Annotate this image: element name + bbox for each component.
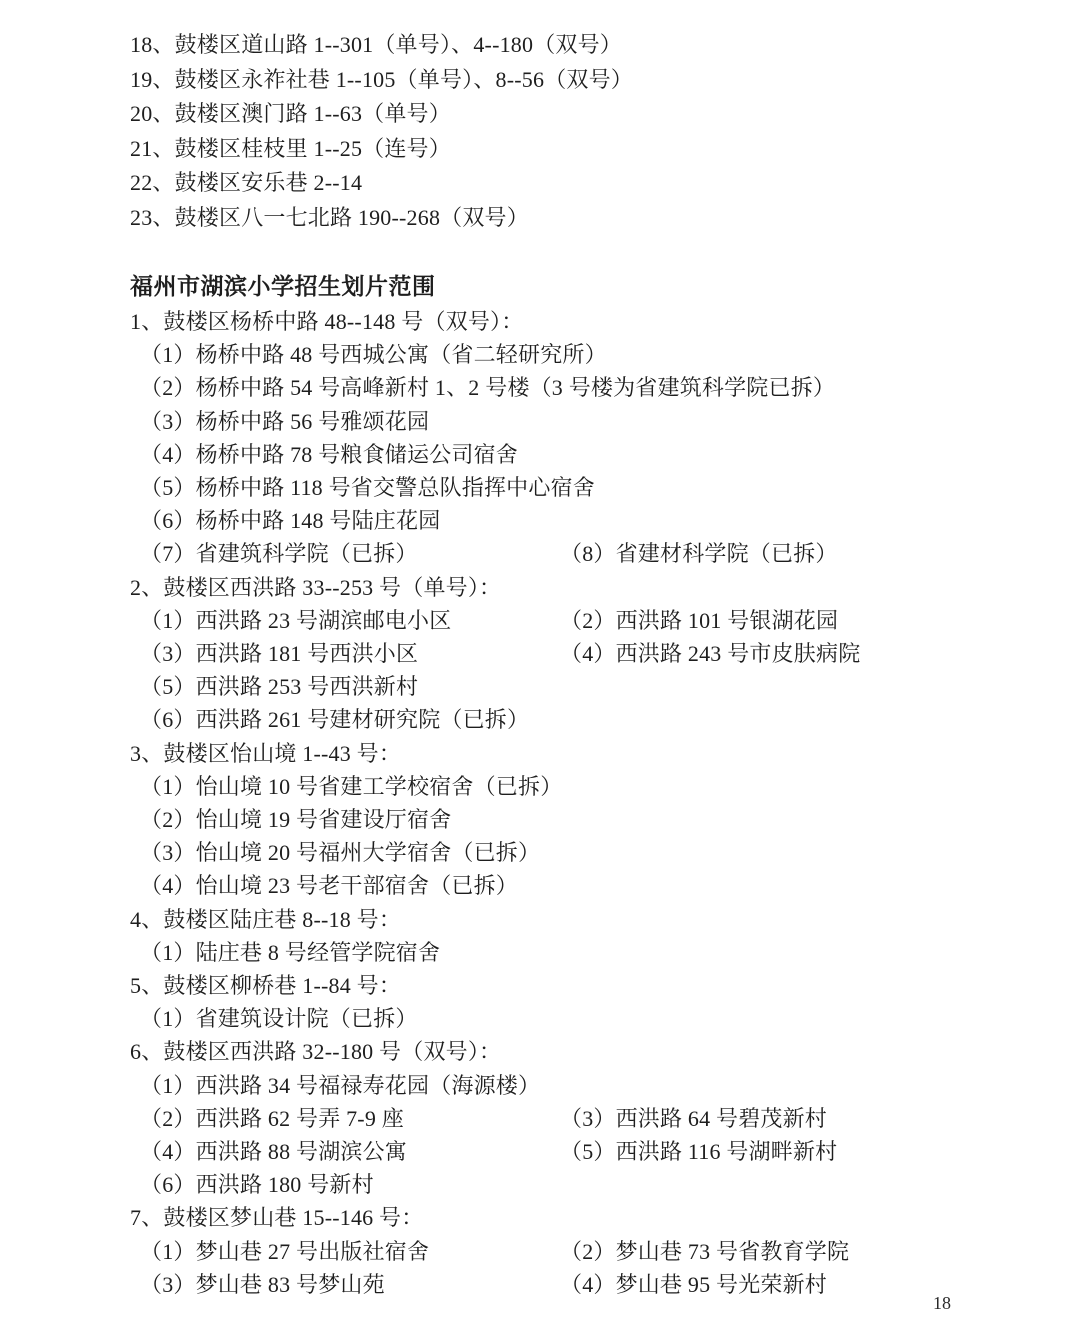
body-sub-line: （2）杨桥中路 54 号高峰新村 1、2 号楼（3 号楼为省建筑科学院已拆） <box>130 371 1000 404</box>
body-sub-line: （6）西洪路 261 号建材研究院（已拆） <box>130 703 1000 736</box>
body-sub-line: （1）西洪路 23 号湖滨邮电小区（2）西洪路 101 号银湖花园 <box>130 604 1000 637</box>
body-item-line: 1、鼓楼区杨桥中路 48--148 号（双号）： <box>130 305 1000 338</box>
body-sub-line: （7）省建筑科学院（已拆）（8）省建材科学院（已拆） <box>130 537 1000 570</box>
body-line-col2: （2）梦山巷 73 号省教育学院 <box>560 1239 849 1264</box>
body-sub-line: （1）杨桥中路 48 号西城公寓（省二轻研究所） <box>130 338 1000 371</box>
intro-line: 18、鼓楼区道山路 1--301（单号）、4--180（双号） <box>130 28 1000 63</box>
body-sub-line: （1）梦山巷 27 号出版社宿舍（2）梦山巷 73 号省教育学院 <box>130 1235 1000 1268</box>
body-line-col1: （2）杨桥中路 54 号高峰新村 1、2 号楼（3 号楼为省建筑科学院已拆） <box>140 375 835 400</box>
body-line-col1: 5、鼓楼区柳桥巷 1--84 号： <box>130 973 401 998</box>
document-page: 18、鼓楼区道山路 1--301（单号）、4--180（双号）19、鼓楼区永祚社… <box>130 28 1000 1301</box>
body-line-col1: 7、鼓楼区梦山巷 15--146 号： <box>130 1205 423 1230</box>
body-line-col1: （2）怡山境 19 号省建设厅宿舍 <box>140 807 451 832</box>
body-line-col2: （2）西洪路 101 号银湖花园 <box>560 608 838 633</box>
body-sub-line: （4）怡山境 23 号老干部宿舍（已拆） <box>130 869 1000 902</box>
body-line-col1: （3）梦山巷 83 号梦山苑 <box>140 1268 560 1301</box>
intro-list: 18、鼓楼区道山路 1--301（单号）、4--180（双号）19、鼓楼区永祚社… <box>130 28 1000 235</box>
body-sub-line: （1）怡山境 10 号省建工学校宿舍（已拆） <box>130 770 1000 803</box>
body-sub-line: （6）西洪路 180 号新村 <box>130 1168 1000 1201</box>
body-line-col1: （4）怡山境 23 号老干部宿舍（已拆） <box>140 873 518 898</box>
body-sub-line: （2）西洪路 62 号弄 7-9 座（3）西洪路 64 号碧茂新村 <box>130 1102 1000 1135</box>
body-sub-line: （5）杨桥中路 118 号省交警总队指挥中心宿舍 <box>130 471 1000 504</box>
body-sub-line: （3）梦山巷 83 号梦山苑（4）梦山巷 95 号光荣新村 <box>130 1268 1000 1301</box>
body-sub-line: （4）西洪路 88 号湖滨公寓（5）西洪路 116 号湖畔新村 <box>130 1135 1000 1168</box>
body-sub-line: （2）怡山境 19 号省建设厅宿舍 <box>130 803 1000 836</box>
body-sub-line: （1）西洪路 34 号福禄寿花园（海源楼） <box>130 1069 1000 1102</box>
section-heading: 福州市湖滨小学招生划片范围 <box>130 269 1000 305</box>
body-item-line: 3、鼓楼区怡山境 1--43 号： <box>130 737 1000 770</box>
body-line-col2: （3）西洪路 64 号碧茂新村 <box>560 1106 827 1131</box>
body-line-col2: （8）省建材科学院（已拆） <box>560 541 838 566</box>
intro-line: 23、鼓楼区八一七北路 190--268（双号） <box>130 201 1000 236</box>
body-line-col1: 4、鼓楼区陆庄巷 8--18 号： <box>130 907 401 932</box>
body-sub-line: （1）陆庄巷 8 号经管学院宿舍 <box>130 936 1000 969</box>
body-line-col1: （1）省建筑设计院（已拆） <box>140 1006 418 1031</box>
body-line-col2: （5）西洪路 116 号湖畔新村 <box>560 1139 837 1164</box>
body-line-col1: （1）怡山境 10 号省建工学校宿舍（已拆） <box>140 774 562 799</box>
body-item-line: 6、鼓楼区西洪路 32--180 号（双号）： <box>130 1035 1000 1068</box>
body-line-col1: （3）杨桥中路 56 号雅颂花园 <box>140 409 429 434</box>
body-line-col1: （5）西洪路 253 号西洪新村 <box>140 674 418 699</box>
body-line-col1: （2）西洪路 62 号弄 7-9 座 <box>140 1102 560 1135</box>
intro-line: 20、鼓楼区澳门路 1--63（单号） <box>130 97 1000 132</box>
body-line-col1: （1）西洪路 34 号福禄寿花园（海源楼） <box>140 1073 540 1098</box>
body-sub-line: （4）杨桥中路 78 号粮食储运公司宿舍 <box>130 438 1000 471</box>
body-line-col1: 2、鼓楼区西洪路 33--253 号（单号）： <box>130 575 501 600</box>
body-line-col1: （1）西洪路 23 号湖滨邮电小区 <box>140 604 560 637</box>
body-line-col1: （1）梦山巷 27 号出版社宿舍 <box>140 1235 560 1268</box>
body-item-line: 4、鼓楼区陆庄巷 8--18 号： <box>130 903 1000 936</box>
body-sub-line: （3）西洪路 181 号西洪小区（4）西洪路 243 号市皮肤病院 <box>130 637 1000 670</box>
body-line-col1: （3）西洪路 181 号西洪小区 <box>140 637 560 670</box>
body-line-col1: （5）杨桥中路 118 号省交警总队指挥中心宿舍 <box>140 475 595 500</box>
body-line-col1: （3）怡山境 20 号福州大学宿舍（已拆） <box>140 840 540 865</box>
body-line-col1: （6）西洪路 180 号新村 <box>140 1172 374 1197</box>
body-line-col1: （1）陆庄巷 8 号经管学院宿舍 <box>140 940 440 965</box>
body-sub-line: （6）杨桥中路 148 号陆庄花园 <box>130 504 1000 537</box>
body-lines: 1、鼓楼区杨桥中路 48--148 号（双号）：（1）杨桥中路 48 号西城公寓… <box>130 305 1000 1301</box>
body-item-line: 7、鼓楼区梦山巷 15--146 号： <box>130 1201 1000 1234</box>
body-item-line: 2、鼓楼区西洪路 33--253 号（单号）： <box>130 571 1000 604</box>
body-line-col1: （1）杨桥中路 48 号西城公寓（省二轻研究所） <box>140 342 607 367</box>
body-line-col2: （4）西洪路 243 号市皮肤病院 <box>560 641 860 666</box>
body-line-col2: （4）梦山巷 95 号光荣新村 <box>560 1272 827 1297</box>
body-line-col1: 6、鼓楼区西洪路 32--180 号（双号）： <box>130 1039 501 1064</box>
intro-line: 22、鼓楼区安乐巷 2--14 <box>130 166 1000 201</box>
body-sub-line: （3）怡山境 20 号福州大学宿舍（已拆） <box>130 836 1000 869</box>
body-line-col1: 1、鼓楼区杨桥中路 48--148 号（双号）： <box>130 309 523 334</box>
body-sub-line: （5）西洪路 253 号西洪新村 <box>130 670 1000 703</box>
body-sub-line: （1）省建筑设计院（已拆） <box>130 1002 1000 1035</box>
body-line-col1: （4）杨桥中路 78 号粮食储运公司宿舍 <box>140 442 518 467</box>
body-item-line: 5、鼓楼区柳桥巷 1--84 号： <box>130 969 1000 1002</box>
body-line-col1: （6）杨桥中路 148 号陆庄花园 <box>140 508 440 533</box>
page-number: 18 <box>933 1292 951 1314</box>
body-line-col1: 3、鼓楼区怡山境 1--43 号： <box>130 741 401 766</box>
body-line-col1: （7）省建筑科学院（已拆） <box>140 537 560 570</box>
intro-line: 19、鼓楼区永祚社巷 1--105（单号）、8--56（双号） <box>130 63 1000 98</box>
body-sub-line: （3）杨桥中路 56 号雅颂花园 <box>130 405 1000 438</box>
body-line-col1: （4）西洪路 88 号湖滨公寓 <box>140 1135 560 1168</box>
intro-line: 21、鼓楼区桂枝里 1--25（连号） <box>130 132 1000 167</box>
body-line-col1: （6）西洪路 261 号建材研究院（已拆） <box>140 707 529 732</box>
